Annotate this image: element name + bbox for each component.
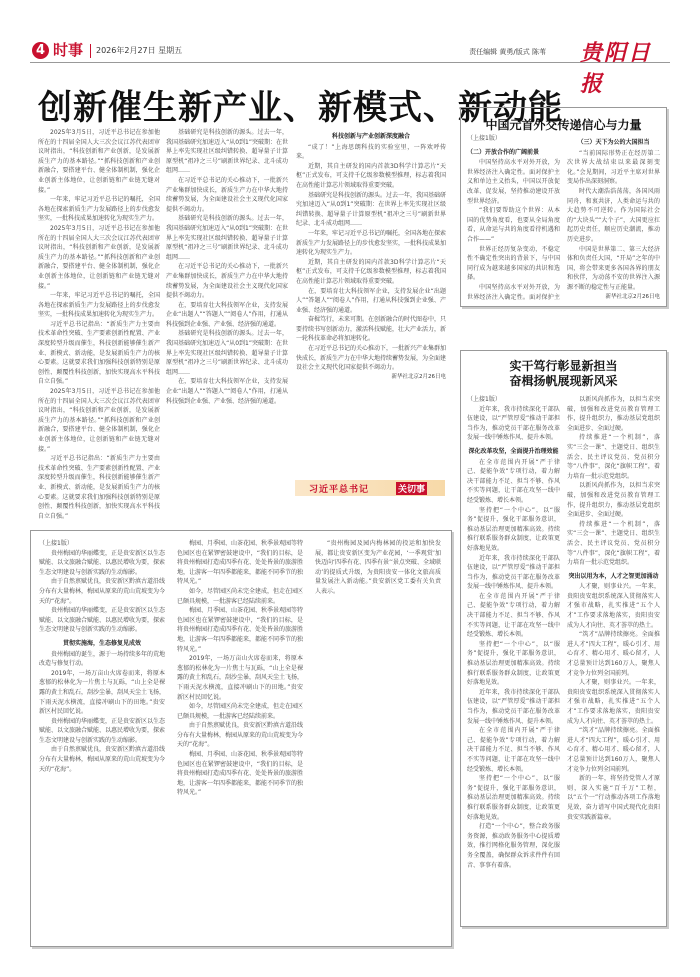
main-article-column-1: 2025年3月5日，习近平总书记在参加他所在的十四届全国人大三次会议江苏代表团审… [38,128,160,528]
paragraph: 人才聚，则事业兴。一年来，贵阳贵安组织系统深入贯彻落实人才强市战略，扎实推进“五… [567,582,660,630]
subheading: （二）开放合作的广阔前景 [467,148,560,158]
paragraph: 2025年3月5日，习近平总书记在参加他所在的十四届全国人大三次会议江苏代表团审… [38,224,160,291]
page-number-badge: 4 [32,42,49,59]
paragraph: 贵州梅园的华丽蝶变，正是贵安新区以生态赋能、以文旅融合赋能、以惠民增收为要，探索… [39,717,165,746]
paragraph: 近期，其自主研发的国内首款3D科学计算芯片“天枢”正式发布，可支持千亿级参数模型… [296,258,446,287]
paragraph: “成了！”上海思朗科技的实验室里，一阵欢呼传来。 [296,143,446,162]
paragraph: “贵州梅园及园内梅林园的投运和加快发展，都让贵安新区变为产业花园，‘一季观赏’加… [315,539,441,597]
paragraph: 2019年，一场万亩山火席卷而来，将原本葱郁的松林化为一片焦土与瓦砾，“山上全是… [177,654,303,702]
paragraph: 在习近平总书记的关心推动下，一批新兴产业集群加快成长，新质生产力在中华大地持续蓄… [166,176,288,214]
paragraph: 2025年3月5日，习近平总书记在参加他所在的十四届全国人大三次会议江苏代表团审… [38,387,160,454]
paragraph: 中国坚持高水平对外开放，为世界经济注入确定性。面对保护主义和单边主义抬头，中国以… [467,283,560,302]
paragraph: 持续推进“一个机制”，落实“三会一课”、主题党日、组织生活会、民主评议党员、党员… [567,520,660,568]
subheading: 科技创新与产业创新深度融合 [296,132,446,142]
paragraph: 在，要培育壮大科技领军企业，支持发展企业“出题人”“答题人”“阅卷人”作用，打通… [166,377,288,406]
page-header: 4 时事 2026年2月27日 星期五 责任编辑 黄勇/版式 陈苇 贵阳日报 [30,42,670,63]
paragraph: 在习近平总书记的关心推动下，一批新兴产业集群加快成长，新质生产力在中华大地持续蓄… [166,262,288,300]
paragraph: 以新风尚抓作为，以担当求突破，加强和改进党员教育管理工作，提升组织力，推动基层党… [567,395,660,433]
paragraph: 坚持把“一个中心”，以“服务”促提升，强化干部服务意识，推动基层治理更加精准高效… [467,640,560,688]
section-title: 时事 [53,42,83,59]
paragraph: 近年来，我市持续深化干部队伍建设，以“严管厚爱”推动干部担当作为，推动党员干部在… [467,688,560,726]
paragraph: “筑才”品牌持续擦亮。全面推进人才“四大工程”，暖心引才、用心育才、精心用才、暖… [567,630,660,678]
paragraph: 梅园、月季园、山茶花园、秋季景观园等特色园区也在紧锣密鼓建设中，“我们的目标，是… [177,606,303,654]
paragraph: “当前国际形势正在经历第二次世界大战结束以来最深刻变化。”会见期间，习近平主席对… [567,149,660,187]
box-headline: 中国元首外交传递信心与力量 [461,116,666,133]
plum-column-2: 梅园、月季园、山茶花园、秋季景观园等特色园区也在紧锣密鼓建设中，“我们的目标，是… [177,539,303,939]
paragraph: 时代大潮浩浩荡荡，各国风雨同舟，和衷共济，人类命运与共的大趋势不可逆转。作为国际… [567,187,660,245]
paragraph: 贵州梅园的华丽蝶变，正是贵安新区以生态赋能、以文旅融合赋能、以惠民增收为要，探索… [39,606,165,635]
plum-column-3: “贵州梅园及园内梅林园的投运和加快发展，都让贵安新区变为产业花园，‘一季观赏’加… [315,539,441,739]
paragraph: 在全市范围内开展“严于律己、提能争效”专项行动，着力解决干部能力不足、担当不够、… [467,592,560,640]
paragraph: 在全市范围内开展“严于律己、提能争效”专项行动，着力解决干部能力不足、担当不够、… [467,458,560,506]
paragraph: 基础研究是科技创新的源头。过去一年，我国基础研究加速迈入“从0到1”突破期：在世… [296,191,446,229]
paragraph: 中国是世界第二、第三大经济体和负责任大国，“开局”之年的中国，将会带来更多各国各… [567,245,660,293]
cadre-column-right: 以新风尚抓作为，以担当求突破，加强和改进党员教育管理工作，提升组织力，推动基层党… [567,395,660,920]
paragraph: 由于自然禀赋优良，贵安新区黔滇古道沿线分布有大量梅林，梅园从原来的荒山荒坡变为今… [39,745,165,774]
plum-column-1: （上接1版） 贵州梅园的华丽蝶变，正是贵安新区以生态赋能、以文旅融合赋能、以惠民… [39,539,165,939]
wire-credit: 新华社北京2月26日电 [567,293,660,303]
paragraph: 习近平总书记指出：“新质生产力主要由技术革命性突破、生产要素创新性配置、产业深度… [38,454,160,521]
banner-highlight: 关切事 [396,482,427,495]
subheading: （三）天下为公的大国担当 [567,138,660,148]
paragraph: 基础研究是科技创新的源头。过去一年，我国基础研究加速迈入“从0到1”突破期：在世… [166,329,288,377]
paragraph: 一年来，牢记习近平总书记的嘱托，全国各地在探索新质生产力发展路径上的步伐愈发坚实… [38,291,160,320]
box-headline-line1: 实干笃行彰显新担当 [461,359,666,374]
paragraph: 中国坚持高水平对外开放，为世界经济注入确定性。面对保护主义和单边主义抬头，中国以… [467,158,560,206]
paragraph: 2019年，一场万亩山火席卷而来，将原本葱郁的松林化为一片焦土与瓦砾，“山上全是… [39,669,165,717]
cadre-article-box: 实干笃行彰显新担当 奋楫扬帆展现新风采 （上接1版） 近年来，我市持续深化干部队… [460,350,667,927]
paragraph: 2025年3月5日，习近平总书记在参加他所在的十四届全国人大三次会议江苏代表团审… [38,128,160,195]
diplomacy-column-left: （上接1版） （二）开放合作的广阔前景 中国坚持高水平对外开放，为世界经济注入确… [467,134,560,302]
paragraph: 坚持把“一个中心”，以“服务”促提升，强化干部服务意识，推动基层治理更加精准高效… [467,506,560,554]
box-headline-line2: 奋楫扬帆展现新风采 [461,374,666,389]
paragraph: “筑才”品牌持续擦亮。全面推进人才“四大工程”，暖心引才、用心育才、精心用才、暖… [567,726,660,774]
banner-title: 习近平总书记 [309,482,369,495]
subheading: 贯彻实施海，生态修复见成效 [39,639,165,649]
subheading: 深化改革攻坚，全面提升治理效能 [467,447,560,457]
paragraph: 习近平总书记指出：“新质生产力主要由技术革命性突破、生产要素创新性配置、产业深度… [38,320,160,387]
paragraph: 如今，尽管园区尚未完全建成，但走在园区已颇具规模，一批游客已经陆续前来。 [177,702,303,721]
paragraph: 世界正经历复杂变动，不稳定性不确定性突出的背景下，与中国同行成为越来越多国家的共… [467,245,560,283]
main-headline: 创新催生新产业、新模式、新动能 [38,80,408,129]
newspaper-masthead-logo: 贵阳日报 [580,36,670,98]
editor-credits: 责任编辑 黄勇/版式 陈苇 [469,47,546,57]
paragraph: 一年来，牢记习近平总书记的嘱托，全国各地在探索新质生产力发展路径上的步伐愈发坚实… [296,229,446,258]
paragraph: 基础研究是科技创新的源头。过去一年，我国基础研究加速迈入“从0到1”突破期：在世… [166,214,288,262]
paragraph: 持续推进“一个机制”，落实“三会一课”、主题党日、组织生活会、民主评议党员、党员… [567,433,660,481]
paragraph: 近年来，我市持续深化干部队伍建设，以“严管厚爱”推动干部担当作为，推动党员干部在… [467,405,560,443]
paragraph: 新的一年，将坚持党管人才原则，深入实施“百千万”工程，以“五个一”行动推动各项工… [567,774,660,822]
plum-garden-article-box: （上接1版） 贵州梅园的华丽蝶变，正是贵安新区以生态赋能、以文旅融合赋能、以惠民… [30,530,452,947]
paragraph: “我们要帮助这个世界：从本国的优势角度看，也要从全局角度看，从命运与共的角度看待… [467,206,560,244]
wire-credit: 新华社北京2月26日电 [296,373,446,383]
paragraph: 以新风尚抓作为，以担当求突破，加强和改进党员教育管理工作，提升组织力，推动基层党… [567,481,660,519]
issue-date: 2026年2月27日 星期五 [96,45,182,57]
header-divider [90,44,91,58]
column-banner: 习近平总书记 关切事 [295,480,445,496]
paragraph: 打造“一个中心”，整合政务服务资源，推动政务服务中心提质增效，推行网格化服务管理… [467,822,560,870]
continued-tag: （上接1版） [467,134,560,144]
paragraph: （上接1版） [39,539,165,549]
subheading: 突出以用为本，人才之智更加涌动 [567,572,660,582]
cadre-column-left: （上接1版） 近年来，我市持续深化干部队伍建设，以“严管厚爱”推动干部担当作为，… [467,395,560,920]
paragraph: 由于自然禀赋优良，贵安新区黔滇古道沿线分布有大量梅林，梅园从原来的荒山荒坡变为今… [177,721,303,750]
diplomacy-column-right: （三）天下为公的大国担当 “当前国际形势正在经历第二次世界大战结束以来最深刻变化… [567,134,660,302]
paragraph: 近期，其自主研发的国内首款3D科学计算芯片“天枢”正式发布，可支持千亿级参数模型… [296,162,446,191]
paragraph: 由于自然禀赋优良，贵安新区黔滇古道沿线分布有大量梅林，梅园从原来的荒山荒坡变为今… [39,577,165,606]
paragraph: 在全市范围内开展“严于律己、提能争效”专项行动，着力解决干部能力不足、担当不够、… [467,726,560,774]
paragraph: 坚持把“一个中心”，以“服务”促提升，强化干部服务意识，推动基层治理更加精准高效… [467,774,560,822]
continued-tag: （上接1版） [467,395,560,405]
paragraph: 如今，尽管园区尚未完全建成，但走在园区已颇具规模，一批游客已经陆续前来。 [177,587,303,606]
paragraph: 梅园、月季园、山茶花园、秋季景观园等特色园区也在紧锣密鼓建设中，“我们的目标，是… [177,539,303,587]
paragraph: 在，要培育壮大科技领军企业，支持发展企业“出题人”“答题人”“阅卷人”作用，打通… [166,301,288,330]
paragraph: 人才聚，则事业兴。一年来，贵阳贵安组织系统深入贯彻落实人才强市战略，扎实推进“五… [567,678,660,726]
paragraph: 一年来，牢记习近平总书记的嘱托，全国各地在探索新质生产力发展路径上的步伐愈发坚实… [38,195,160,224]
paragraph: 在，要培育壮大科技领军企业，支持发展企业“出题人”“答题人”“阅卷人”作用，打通… [296,287,446,316]
paragraph: 近年来，我市持续深化干部队伍建设，以“严管厚爱”推动干部担当作为，推动党员干部在… [467,554,560,592]
paragraph: 贵州梅园的华丽蝶变，正是贵安新区以生态赋能、以文旅融合赋能、以惠民增收为要，探索… [39,549,165,578]
paragraph: 奋楫笃行，未来可期。在创新融合的时代图卷中，只要持续书写创新动力，激活科技赋能，… [296,315,446,344]
paragraph: 基础研究是科技创新的源头。过去一年，我国基础研究加速迈入“从0到1”突破期：在世… [166,128,288,176]
diplomacy-article-box: 中国元首外交传递信心与力量 （上接1版） （二）开放合作的广阔前景 中国坚持高水… [460,107,667,307]
paragraph: 贵州梅园的诞生，源于一场持续多年的荒地改造与修复行动。 [39,650,165,669]
main-article-column-3: 科技创新与产业创新深度融合 “成了！”上海思朗科技的实验室里，一阵欢呼传来。 近… [296,128,446,468]
paragraph: 在习近平总书记的关心推动下，一批新兴产业集群加快成长，新质生产力在中华大地持续蓄… [296,344,446,373]
main-article-column-2: 基础研究是科技创新的源头。过去一年，我国基础研究加速迈入“从0到1”突破期：在世… [166,128,288,528]
paragraph: 梅园、月季园、山茶花园、秋季景观园等特色园区也在紧锣密鼓建设中，“我们的目标，是… [177,750,303,798]
